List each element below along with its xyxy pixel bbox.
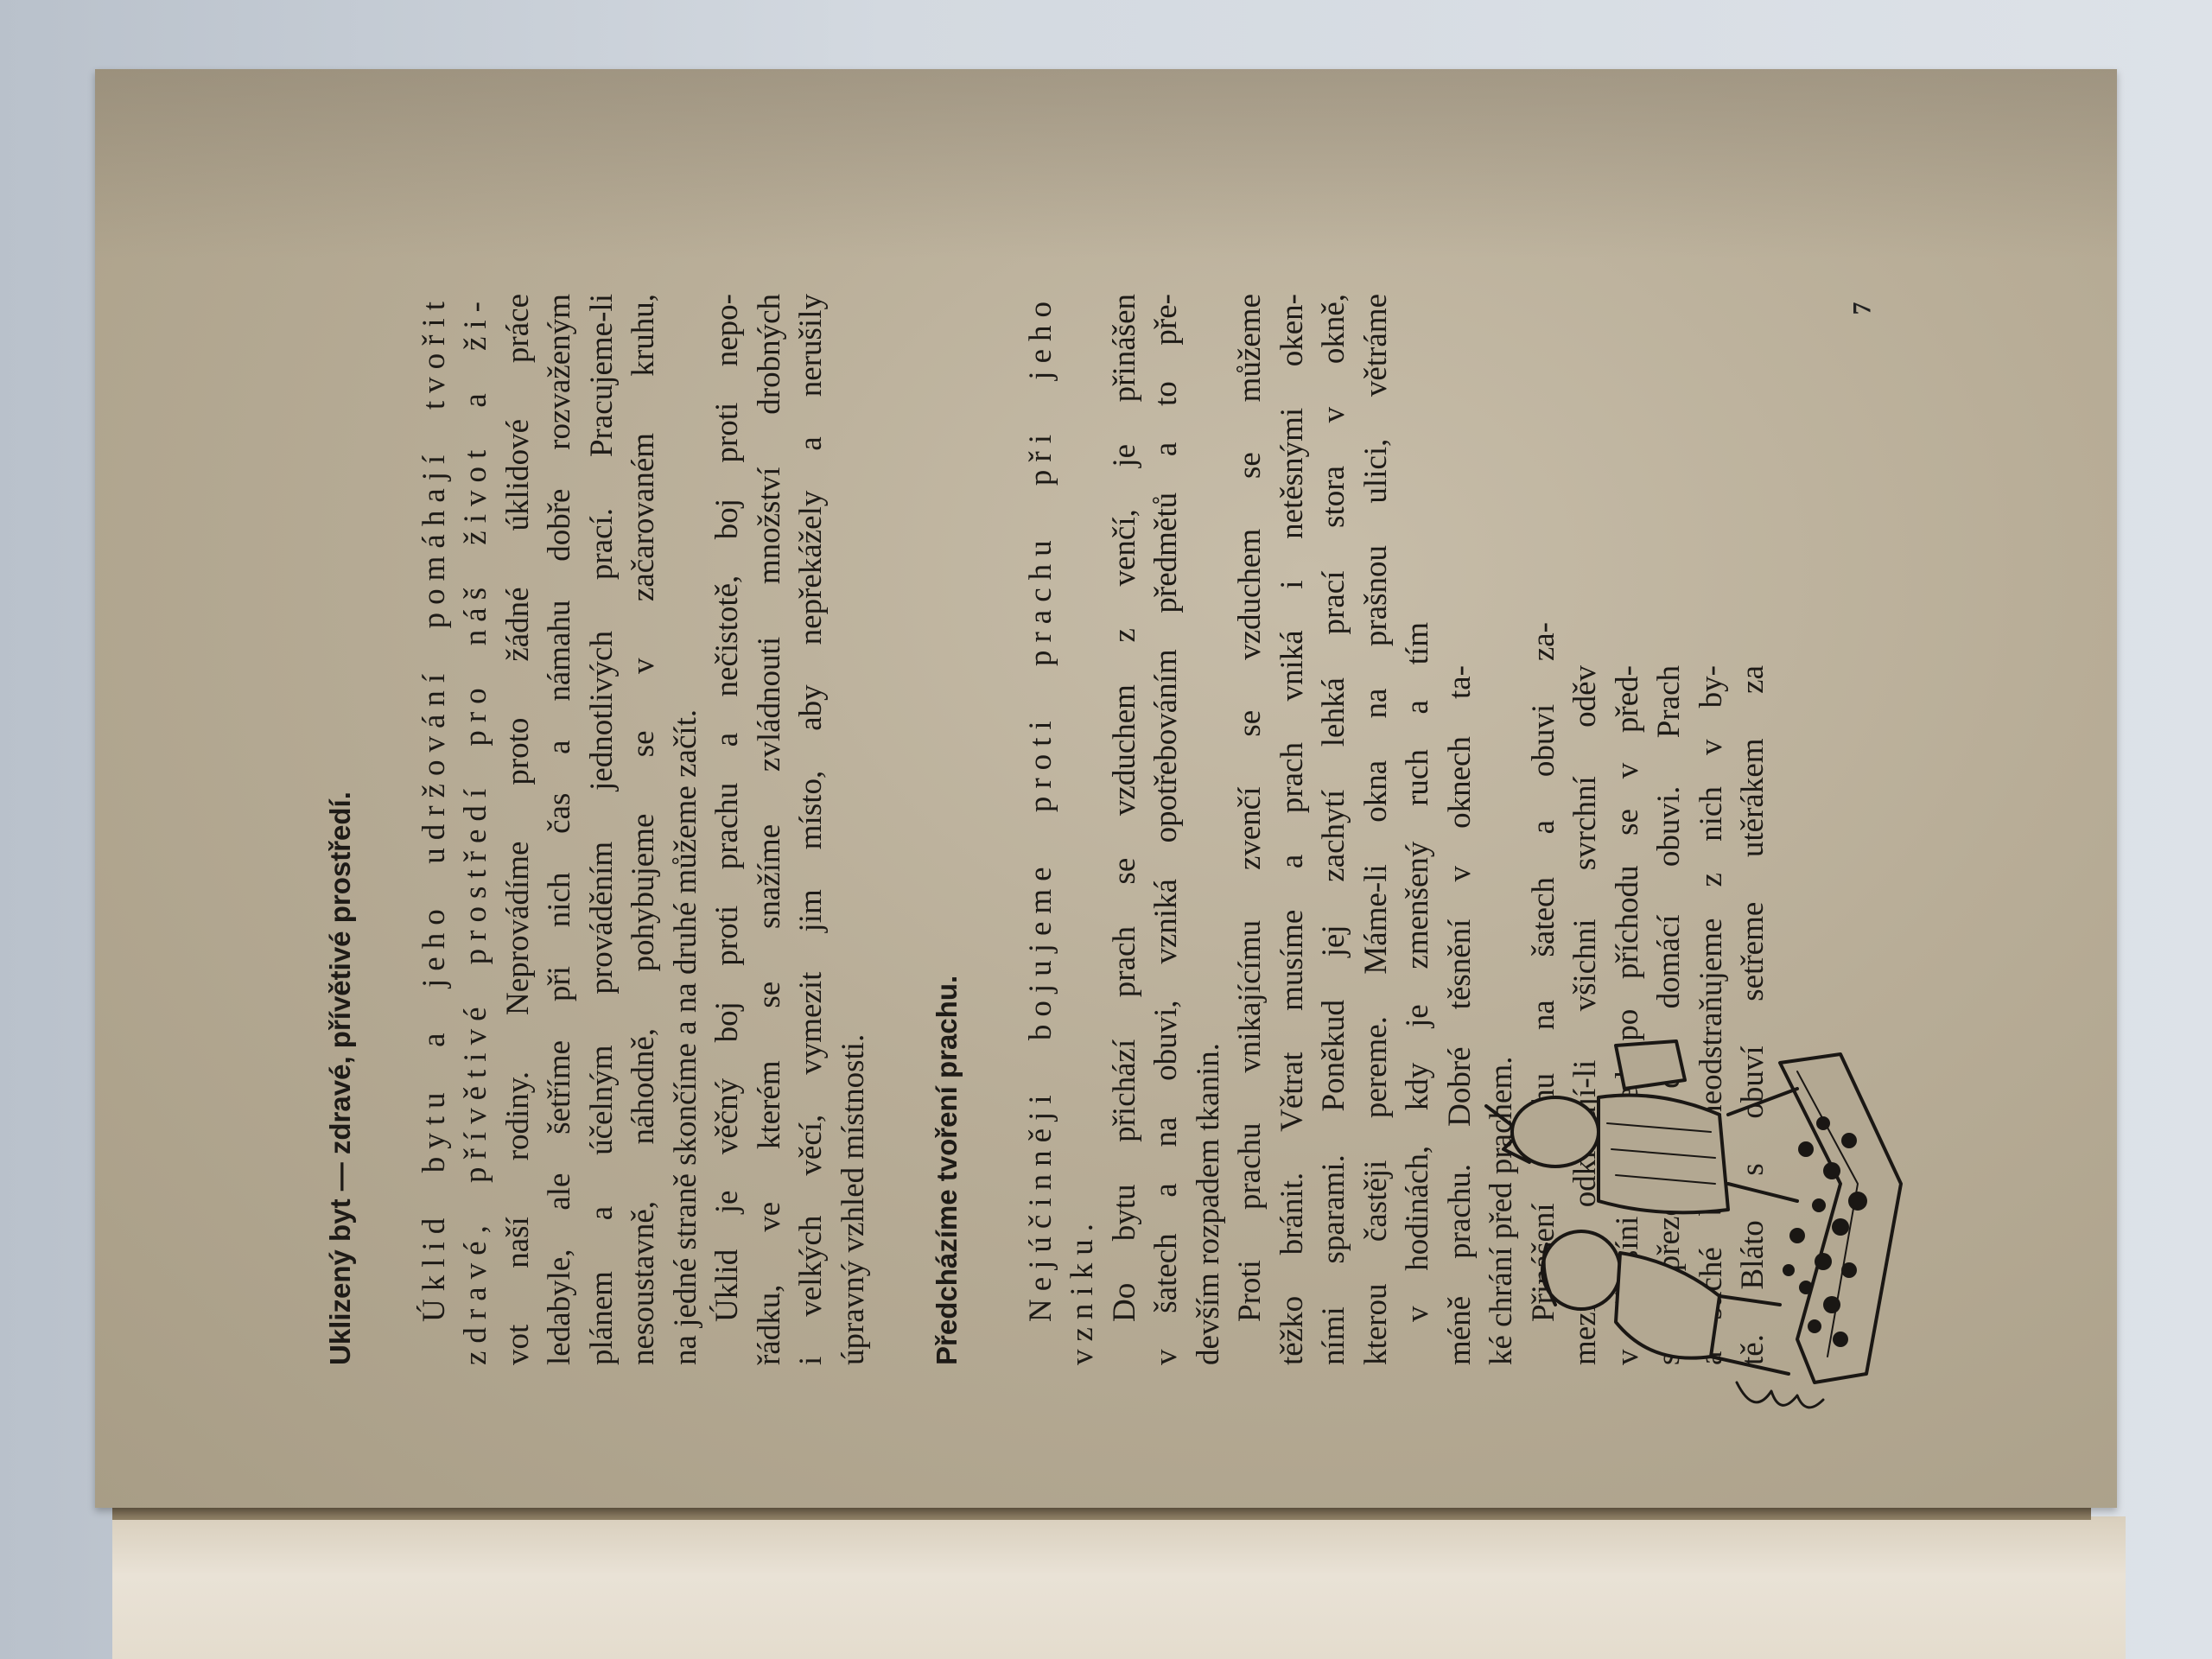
text-line: úpravný vzhled místnosti. [833,294,875,1365]
section-1-body: Úklid bytu a jeho udržování pomáhají tvo… [414,294,875,1365]
text-line: vzniku. [1062,294,1104,1365]
spacer [874,294,926,1365]
text-line: ními sparami. Poněkud jej zachytí lehká … [1313,294,1356,1365]
page-curl-shadow [95,69,2117,259]
text-line: v hodinách, kdy je zmenšený ruch a tím [1397,622,1440,1365]
text-line: Úklid bytu a jeho udržování pomáhají tvo… [414,294,456,1365]
text-line: řádku, ve kterém se snažíme zvládnouti m… [749,294,791,1365]
spacer [969,294,1020,1365]
text-line: plánem a účelným prováděním jednotlivých… [582,294,624,1365]
text-line: Do bytu přichází prach se vzduchem z ven… [1104,294,1147,1365]
text-line: devším rozpadem tkanin. [1188,294,1230,1365]
spacer [362,294,414,1365]
text-line: vot naší rodiny. Neprovádíme proto žádné… [498,294,540,1365]
text-line: Proti prachu vnikajícímu zvenčí se vzduc… [1230,294,1272,1365]
text-line: na jedné straně skončíme a na druhé může… [665,294,708,1365]
text-line: v šatech a na obuvi, vzniká opotřebování… [1146,294,1188,1365]
text-line: ledabyle, ale šetříme při nich čas a nám… [539,294,582,1365]
text-line: i velkých věcí, vymezit jim místo, aby n… [791,294,833,1365]
text-line: zdravé, přívětivé prostředí pro náš živo… [455,294,498,1365]
heading-predchazime: Předcházíme tvoření prachu. [926,294,969,1365]
heading-uklizeny-byt: Uklizený byt — zdravé, přívětivé prostře… [320,294,362,1365]
text-line: Nejúčinněji bojujeme proti prachu při je… [1020,294,1063,1365]
illustration-shoe-wiping-icon [1434,1011,1918,1426]
text-line: nesoustavně, náhodně, pohybujeme se v za… [623,294,665,1365]
text-line: Úklid je věčný boj proti prachu a nečist… [707,294,749,1365]
facing-page [112,1516,2126,1659]
text-line: kterou častěji pereme. Máme-li okna na p… [1356,294,1398,1365]
text-line: těžko bránit. Větrat musíme a prach vnik… [1272,294,1314,1365]
